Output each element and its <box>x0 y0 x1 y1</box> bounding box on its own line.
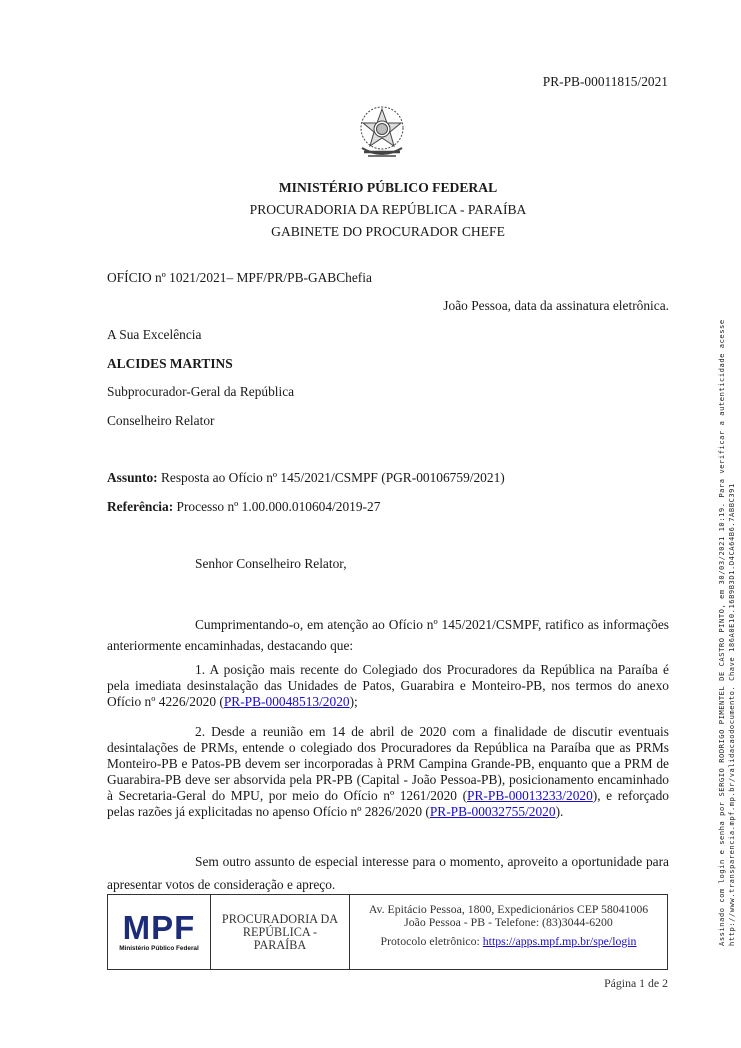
footer-address: Av. Epitácio Pessoa, 1800, Expedicionári… <box>350 895 667 969</box>
link-pr-pb-00032755[interactable]: PR-PB-00032755/2020 <box>430 804 556 819</box>
recipient-title: Subprocurador-Geral da República <box>107 384 294 400</box>
signature-stamp: Assinado com login e senha por SERGIO RO… <box>717 319 737 946</box>
oficio-number: OFÍCIO nº 1021/2021– MPF/PR/PB-GABChefia <box>107 270 372 286</box>
item-1-text: 1. A posição mais recente do Colegiado d… <box>107 662 669 709</box>
mpf-logo: MPF Ministério Público Federal <box>108 895 211 969</box>
org-line-1: PROCURADORIA DA <box>222 913 338 926</box>
subject-line: Assunto: Resposta ao Ofício nº 145/2021/… <box>107 470 505 486</box>
protocol-number: PR-PB-00011815/2021 <box>543 74 668 90</box>
item-2-end: ). <box>556 804 564 819</box>
protocol-line: Protocolo eletrônico: https://apps.mpf.m… <box>350 935 667 948</box>
recipient-role: Conselheiro Relator <box>107 413 214 429</box>
protocol-label: Protocolo eletrônico: <box>381 934 483 948</box>
reference-label: Referência: <box>107 499 173 514</box>
page-indicator: Página 1 de 2 <box>604 976 668 991</box>
brazil-coat-of-arms-icon <box>356 104 408 162</box>
mpf-logo-subtitle: Ministério Público Federal <box>119 945 199 952</box>
place-date: João Pessoa, data da assinatura eletrôni… <box>443 298 669 314</box>
recipient-name: ALCIDES MARTINS <box>107 356 233 372</box>
org-line-3: PARAÍBA <box>222 939 338 952</box>
closing-paragraph: Sem outro assunto de especial interesse … <box>107 850 669 896</box>
header-ministry: MINISTÉRIO PÚBLICO FEDERAL <box>0 180 741 196</box>
subject-text: Resposta ao Ofício nº 145/2021/CSMPF (PG… <box>158 470 505 485</box>
footer-organization: PROCURADORIA DA REPÚBLICA - PARAÍBA <box>211 895 350 969</box>
item-1-paragraph: 1. A posição mais recente do Colegiado d… <box>107 662 669 710</box>
protocol-link[interactable]: https://apps.mpf.mp.br/spe/login <box>483 934 637 948</box>
reference-text: Processo nº 1.00.000.010604/2019-27 <box>173 499 380 514</box>
org-line-2: REPÚBLICA - <box>222 926 338 939</box>
subject-label: Assunto: <box>107 470 158 485</box>
signature-line-2: http://www.transparencia.mpf.mp.br/valid… <box>727 319 737 946</box>
link-pr-pb-00048513[interactable]: PR-PB-00048513/2020 <box>224 694 350 709</box>
item-1-end: ); <box>350 694 358 709</box>
header-procuradoria: PROCURADORIA DA REPÚBLICA - PARAÍBA <box>0 202 741 218</box>
recipient-salutation: A Sua Excelência <box>107 327 201 343</box>
header-gabinete: GABINETE DO PROCURADOR CHEFE <box>0 224 741 240</box>
link-pr-pb-00013233[interactable]: PR-PB-00013233/2020 <box>467 788 593 803</box>
letterhead-footer: MPF Ministério Público Federal PROCURADO… <box>107 894 668 970</box>
greeting: Senhor Conselheiro Relator, <box>195 556 347 572</box>
mpf-logo-text: MPF <box>123 913 196 943</box>
address-line-2: João Pessoa - PB - Telefone: (83)3044-62… <box>350 916 667 929</box>
intro-paragraph: Cumprimentando-o, em atenção ao Ofício n… <box>107 614 669 656</box>
signature-line-1: Assinado com login e senha por SERGIO RO… <box>717 319 727 946</box>
reference-line: Referência: Processo nº 1.00.000.010604/… <box>107 499 380 515</box>
item-2-paragraph: 2. Desde a reunião em 14 de abril de 202… <box>107 724 669 820</box>
